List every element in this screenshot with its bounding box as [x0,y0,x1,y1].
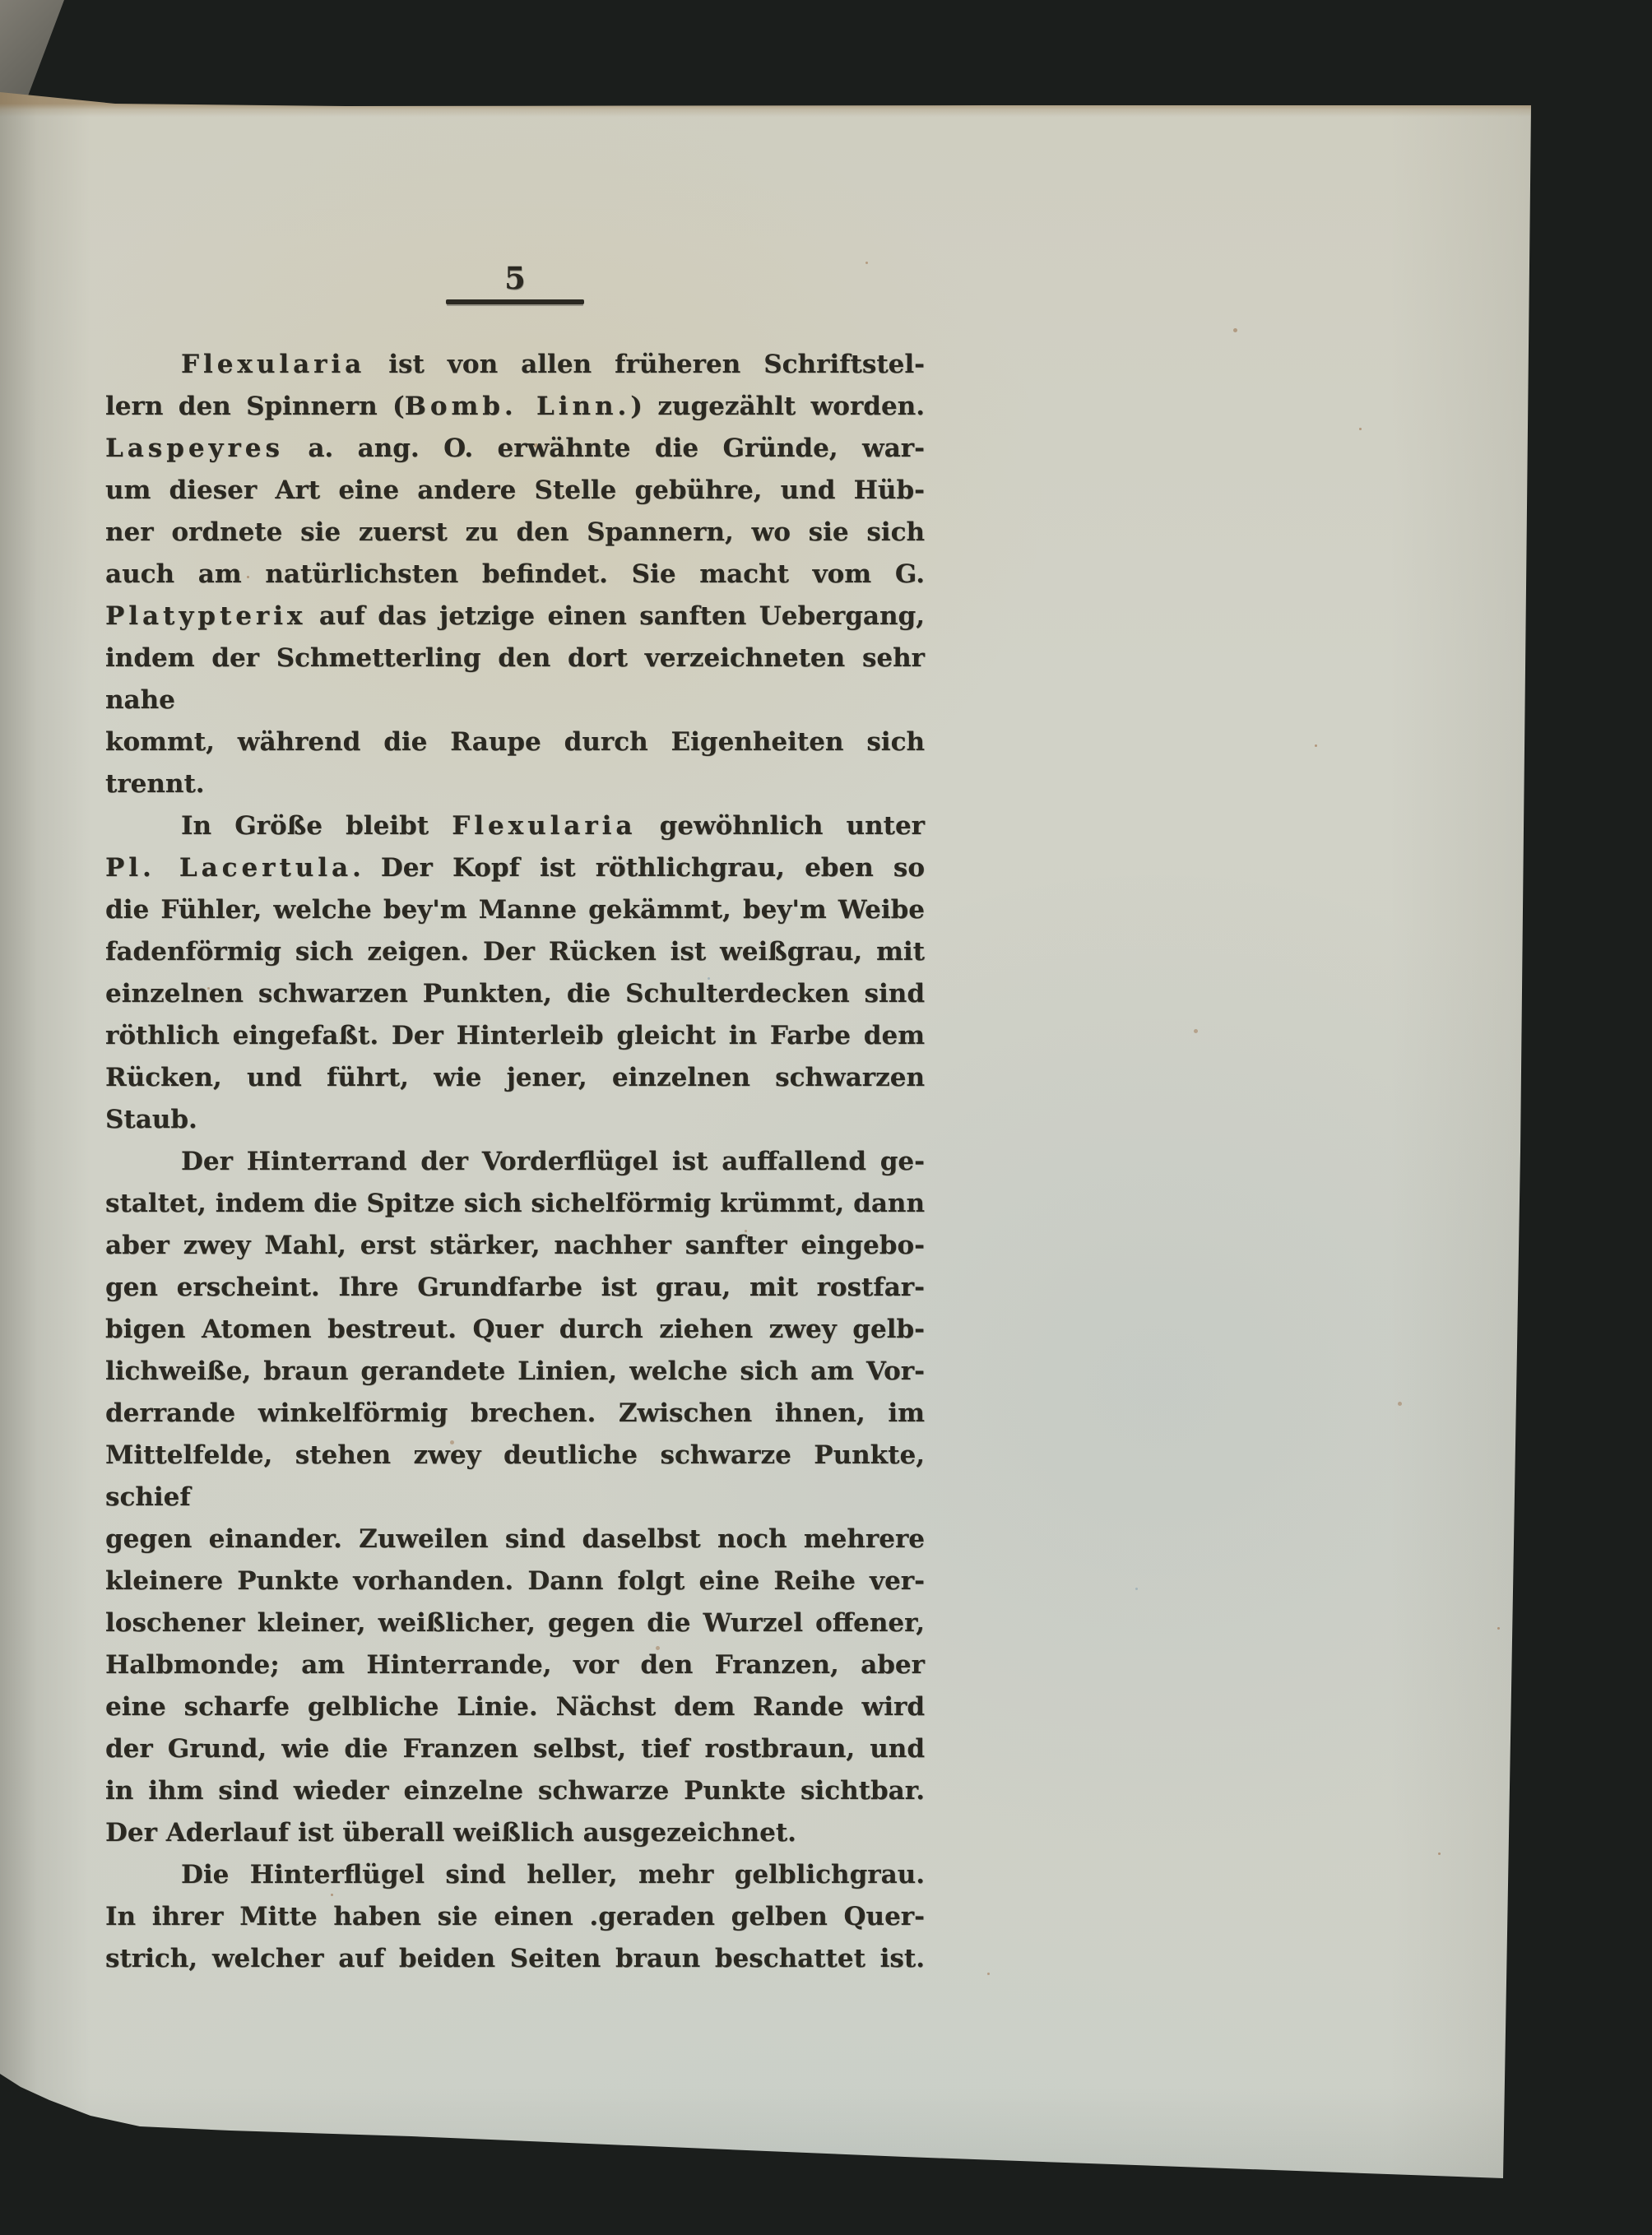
antiqua-word: Platypterix [105,601,306,631]
text-line: auch am natürlichsten befindet. Sie mach… [105,554,925,596]
page-paper: 5 Flexularia ist von allen früheren Schr… [0,0,1652,2235]
antiqua-word: Bomb. Linn. [405,392,631,421]
text-line: derrande winkelförmig brechen. Zwischen … [105,1393,925,1435]
page-number: 5 [105,260,925,296]
antiqua-word: Pl. Lacertula [105,853,352,883]
text-line: loschener kleiner, weißlicher, gegen die… [105,1602,925,1644]
text-line: die Fühler, welche bey'm Manne gekämmt, … [105,889,925,931]
text-line: kleinere Punkte vorhanden. Dann folgt ei… [105,1560,925,1602]
text-line: Der Hinterrand der Vorderflügel ist auff… [105,1141,925,1183]
text-line: Laspeyres a. ang. O. erwähnte die Gründe… [105,428,925,470]
text-line: Pl. Lacertula. Der Kopf ist röthlichgrau… [105,847,925,889]
text-line: bigen Atomen bestreut. Quer durch ziehen… [105,1309,925,1351]
antiqua-word: Flexularia [181,350,365,379]
page-number-block: 5 [105,260,925,304]
antiqua-word: Laspeyres [105,434,284,463]
text-line: kommt, während die Raupe durch Eigenheit… [105,721,925,805]
text-line: lichweiße, braun gerandete Linien, welch… [105,1351,925,1393]
text-line: indem der Schmetterling den dort verzeic… [105,638,925,721]
text-line: ner ordnete sie zuerst zu den Spannern, … [105,512,925,554]
page-text: Flexularia ist von allen früheren Schrif… [105,344,925,1980]
text-line: in ihm sind wieder einzelne schwarze Pun… [105,1770,925,1812]
text-line: Halbmonde; am Hinterrande, vor den Franz… [105,1644,925,1686]
text-line: gen erscheint. Ihre Grundfarbe ist grau,… [105,1267,925,1309]
text-line: In ihrer Mitte haben sie einen .geraden … [105,1896,925,1938]
page-number-rule [446,299,584,304]
scan-canvas: 5 Flexularia ist von allen früheren Schr… [0,0,1652,2235]
text-line: gegen einander. Zuweilen sind daselbst n… [105,1519,925,1560]
text-line: Platypterix auf das jetzige einen sanfte… [105,596,925,638]
text-line: Die Hinterflügel sind heller, mehr gelbl… [105,1854,925,1896]
text-line: Rücken, und führt, wie jener, einzelnen … [105,1057,925,1141]
text-line: lern den Spinnern (Bomb. Linn.) zugezähl… [105,386,925,428]
text-line: strich, welcher auf beiden Seiten braun … [105,1938,925,1980]
text-line: einzelnen schwarzen Punkten, die Schulte… [105,973,925,1015]
text-line: aber zwey Mahl, erst stärker, nachher sa… [105,1225,925,1267]
text-line: um dieser Art eine andere Stelle gebühre… [105,470,925,512]
text-line: der Grund, wie die Franzen selbst, tief … [105,1728,925,1770]
text-line: Mittelfelde, stehen zwey deutliche schwa… [105,1435,925,1519]
text-line: röthlich eingefaßt. Der Hinterleib gleic… [105,1015,925,1057]
text-line: In Größe bleibt Flexularia gewöhnlich un… [105,805,925,847]
text-line: fadenförmig sich zeigen. Der Rücken ist … [105,931,925,973]
antiqua-word: Flexularia [452,811,636,841]
text-line: Flexularia ist von allen früheren Schrif… [105,344,925,386]
text-line: Der Aderlauf ist überall weißlich ausgez… [105,1812,925,1854]
text-line: eine scharfe gelbliche Linie. Nächst dem… [105,1686,925,1728]
text-line: staltet, indem die Spitze sich sichelför… [105,1183,925,1225]
